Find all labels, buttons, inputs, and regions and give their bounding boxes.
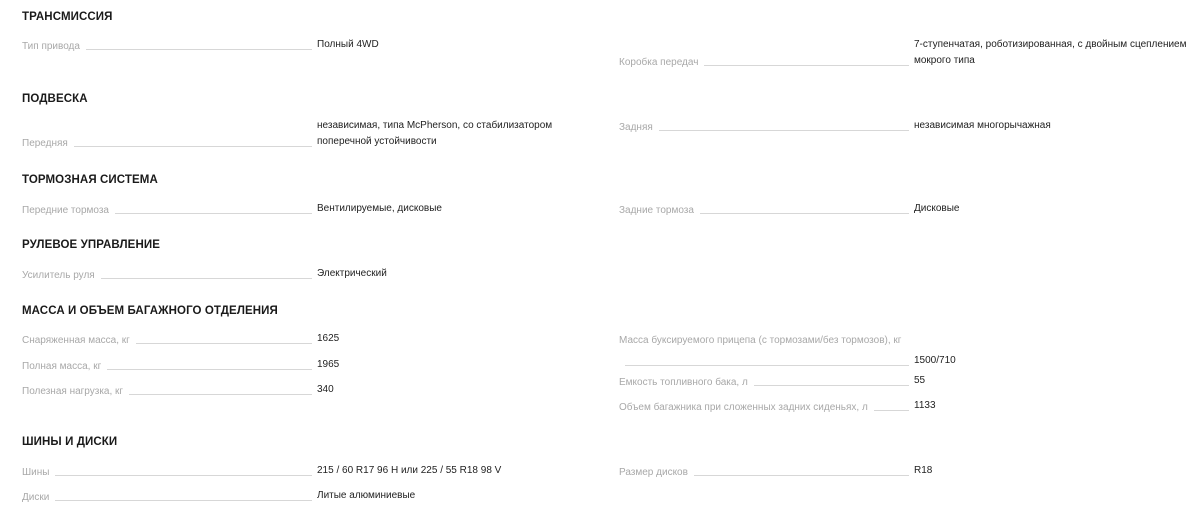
spec-label: Размер дисков (619, 467, 688, 479)
spec-label: Тип привода (22, 41, 80, 53)
leader-line (86, 49, 312, 50)
spec-value: независимая, типа McPherson, со стабилиз… (317, 118, 562, 150)
spec-row-drive-type: Тип привода Полный 4WD (22, 19, 582, 53)
spec-value: Электрический (317, 266, 597, 282)
spec-row-gearbox: Коробка передач 7-ступенчатая, роботизир… (619, 35, 1194, 69)
spec-label: Полезная нагрузка, кг (22, 386, 123, 398)
spec-value: Полный 4WD (317, 37, 597, 53)
leader-line (694, 475, 909, 476)
spec-row-rear-brakes: Задние тормоза Дисковые (619, 183, 1194, 217)
spec-value: 340 (317, 382, 597, 398)
spec-label: Передняя (22, 138, 68, 150)
spec-row-front-brakes: Передние тормоза Вентилируемые, дисковые (22, 183, 582, 217)
spec-label: Объем багажника при сложенных задних сид… (619, 402, 868, 414)
leader-line (659, 130, 909, 131)
spec-row-rear-suspension: Задняя независимая многорычажная (619, 100, 1194, 134)
leader-line (55, 500, 312, 501)
spec-label: Масса буксируемого прицепа (с тормозами/… (619, 335, 901, 346)
spec-row-front-suspension: Передняя независимая, типа McPherson, со… (22, 116, 582, 150)
spec-label: Задние тормоза (619, 205, 694, 217)
spec-row-wheels: Диски Литые алюминиевые (22, 470, 582, 504)
spec-value: Вентилируемые, дисковые (317, 201, 597, 217)
spec-label: Задняя (619, 122, 653, 134)
spec-value: R18 (914, 463, 1194, 479)
leader-line (74, 146, 312, 147)
spec-row-trunk-volume: Объем багажника при сложенных задних сид… (619, 380, 1194, 414)
leader-line (129, 394, 312, 395)
spec-label: Усилитель руля (22, 270, 95, 282)
spec-value: 1133 (914, 398, 1194, 414)
leader-line (700, 213, 909, 214)
leader-line (101, 278, 312, 279)
leader-line (874, 410, 909, 411)
spec-label: Передние тормоза (22, 205, 109, 217)
spec-value: Литые алюминиевые (317, 488, 597, 504)
spec-row-wheel-size: Размер дисков R18 (619, 445, 1194, 479)
spec-row-steering-booster: Усилитель руля Электрический (22, 248, 582, 282)
section-heading-suspension: ПОДВЕСКА (22, 93, 88, 105)
spec-row-payload: Полезная нагрузка, кг 340 (22, 364, 582, 398)
spec-label: Диски (22, 492, 49, 504)
spec-value: независимая многорычажная (914, 118, 1194, 134)
leader-line (115, 213, 312, 214)
spec-value: 7-ступенчатая, роботизированная, с двойн… (914, 37, 1189, 69)
leader-line (704, 65, 909, 66)
spec-value: Дисковые (914, 201, 1194, 217)
spec-label: Коробка передач (619, 57, 698, 69)
